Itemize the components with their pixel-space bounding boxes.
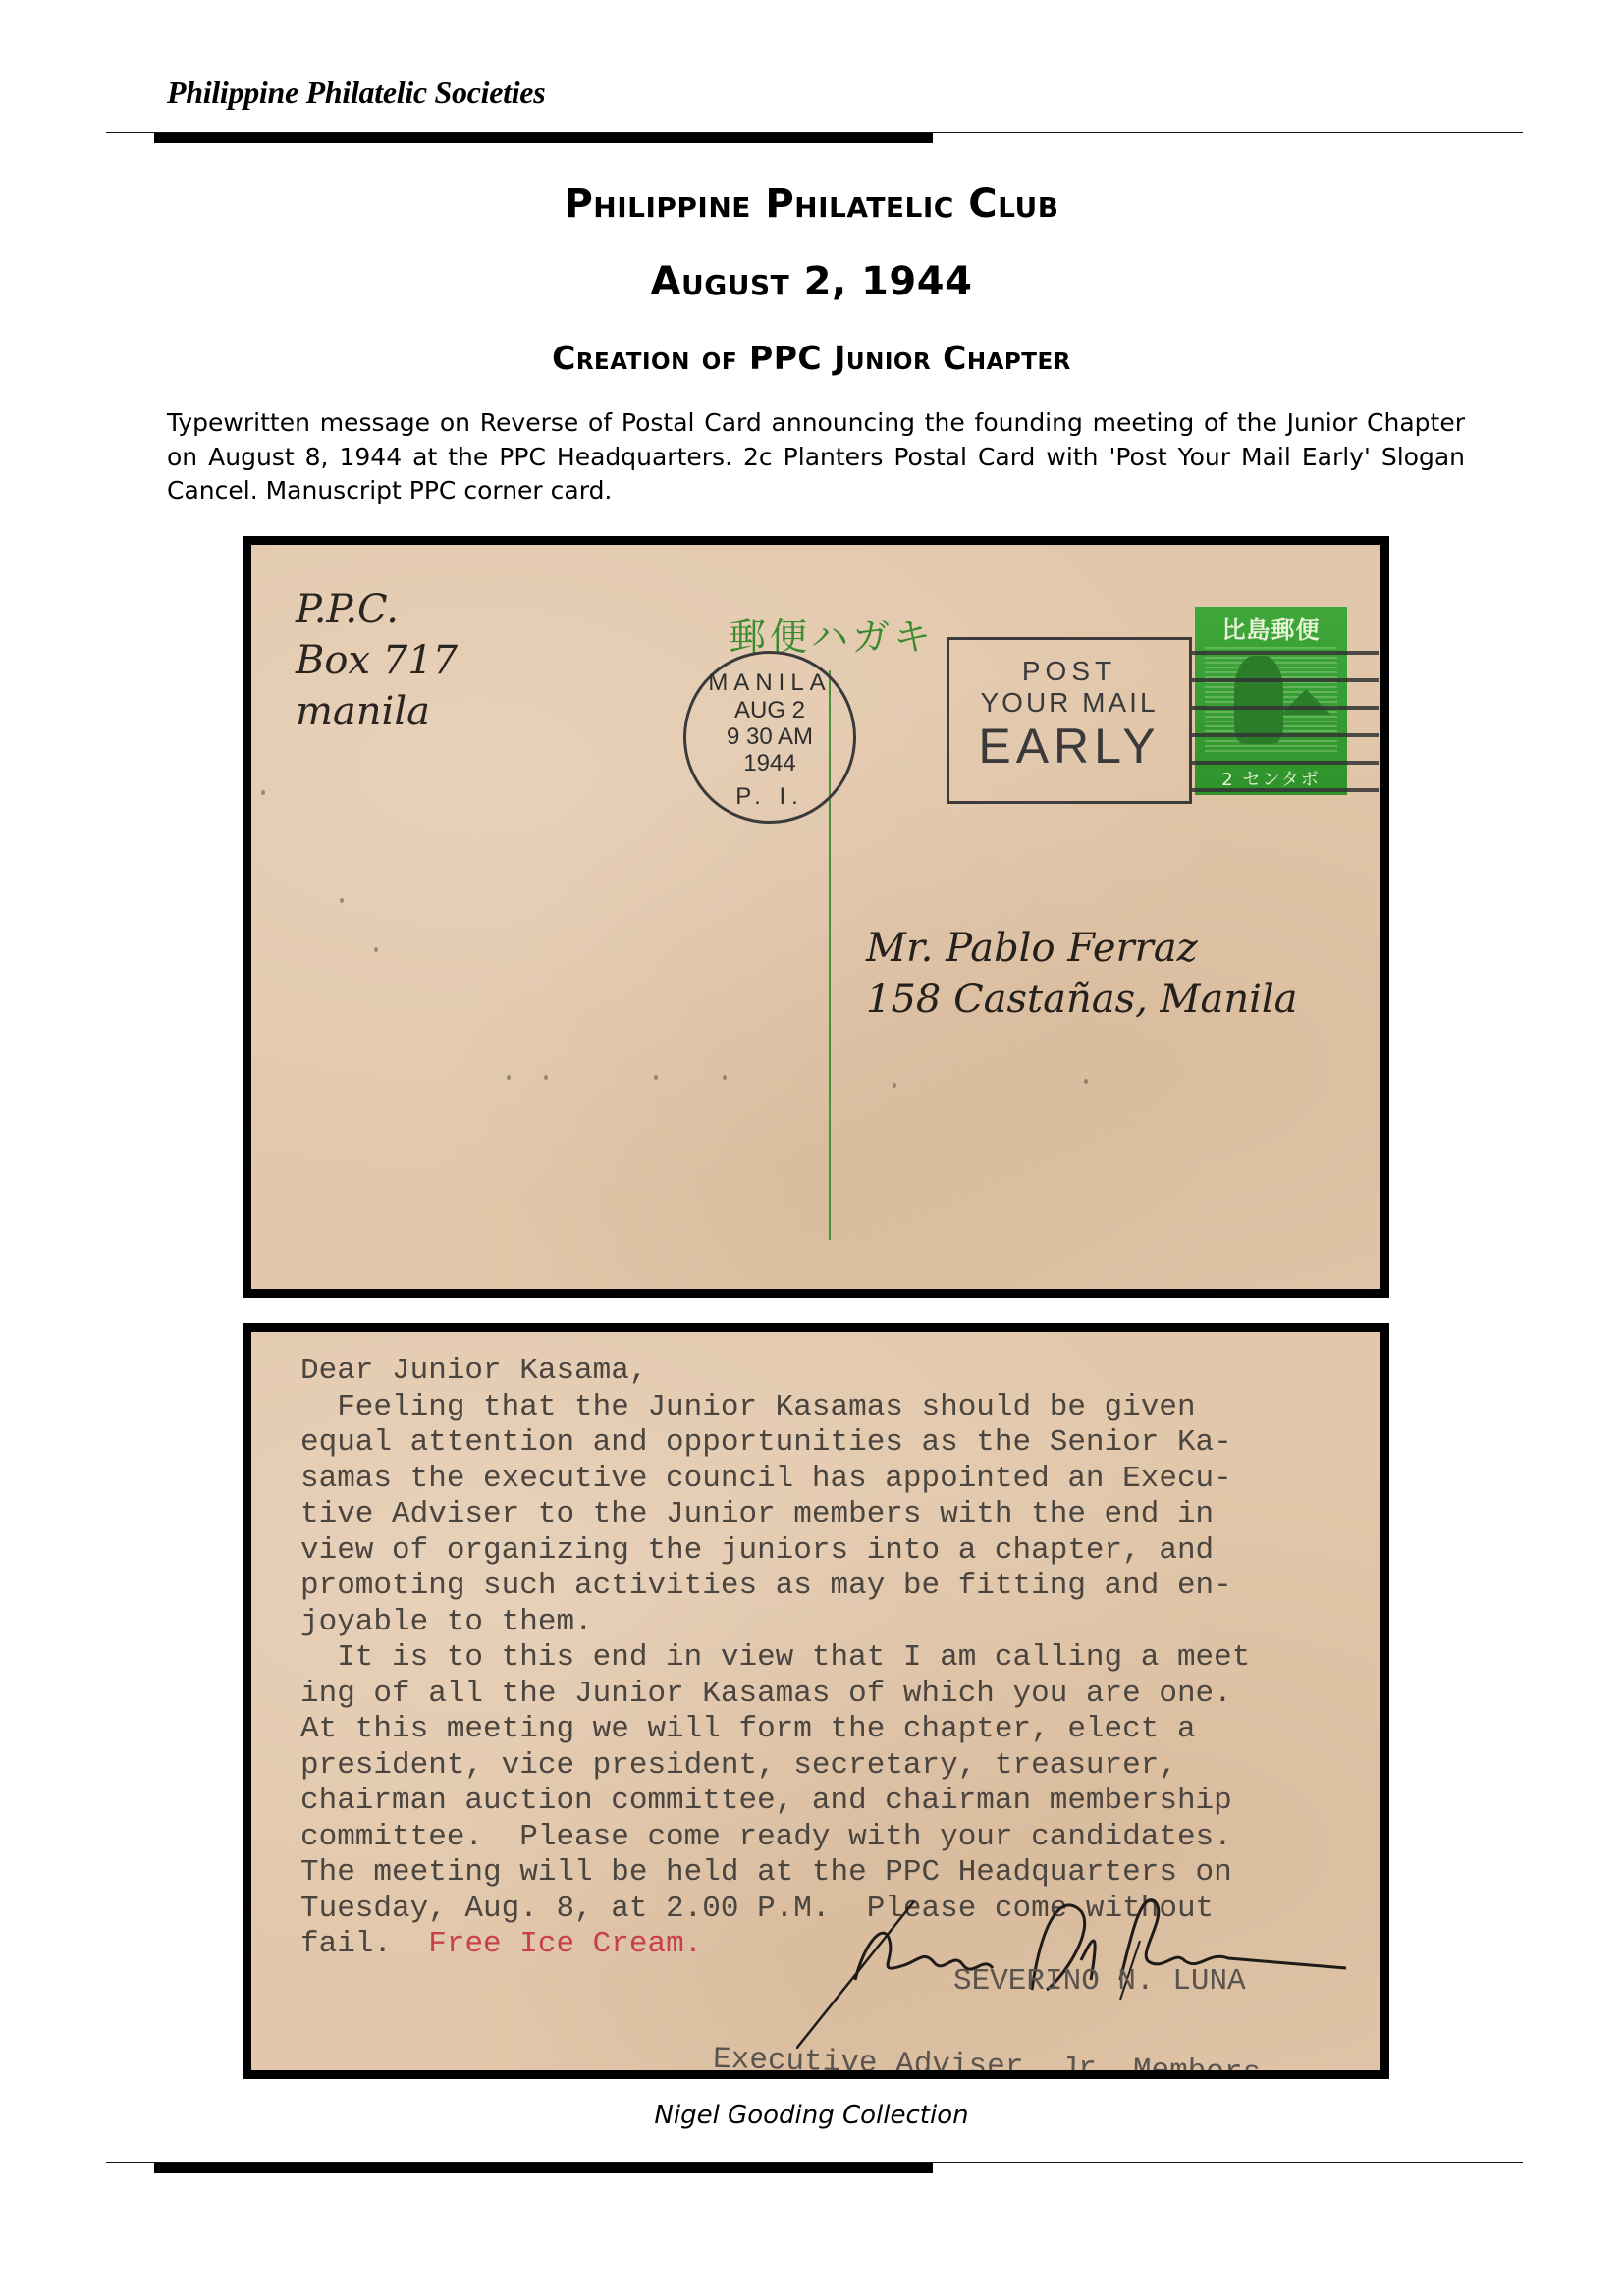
slogan-line: POST [949, 656, 1189, 687]
card-paper: P.P.C. Box 717 manila 郵便ハガキ MANILA AUG 2… [251, 545, 1380, 1289]
paper-speck [1084, 1079, 1088, 1084]
message-line: At this meeting we will form the chapter… [300, 1712, 1380, 1748]
slogan-line: EARLY [949, 719, 1189, 774]
signatory-name: SEVERINO N. LUNA [953, 1964, 1246, 1999]
manuscript-corner-card: P.P.C. Box 717 manila [296, 584, 458, 737]
message-line: fail. [300, 1927, 428, 1961]
message-line: promoting such activities as may be fitt… [300, 1569, 1380, 1605]
running-header-title: Philippine Philatelic Societies [167, 75, 545, 111]
postmark-country: P. I. [686, 783, 853, 811]
postmark-date: AUG 2 [686, 697, 853, 723]
paper-speck [544, 1075, 548, 1080]
message-line: ing of all the Junior Kasamas of which y… [300, 1677, 1380, 1713]
description-paragraph: Typewritten message on Reverse of Postal… [167, 406, 1465, 508]
postal-card-front: P.P.C. Box 717 manila 郵便ハガキ MANILA AUG 2… [243, 536, 1389, 1298]
message-line: Dear Junior Kasama, [300, 1354, 1380, 1390]
address-line: Mr. Pablo Ferraz [866, 923, 1298, 974]
paper-speck [893, 1083, 896, 1088]
message-line: chairman auction committee, and chairman… [300, 1784, 1380, 1820]
slogan-cancel: POST YOUR MAIL EARLY [947, 637, 1192, 804]
free-ice-cream-note: Free Ice Cream. [428, 1927, 702, 1961]
wavy-cancel-bars [1192, 651, 1379, 808]
paper-speck [340, 898, 344, 903]
paper-speck [507, 1075, 511, 1080]
corner-line: manila [296, 686, 458, 737]
postal-card-reverse: Dear Junior Kasama, Feeling that the Jun… [243, 1323, 1389, 2079]
message-line: samas the executive council has appointe… [300, 1462, 1380, 1498]
paper-speck [261, 790, 265, 795]
message-line: joyable to them. [300, 1605, 1380, 1641]
page-date: August 2, 1944 [0, 259, 1623, 304]
footer-rule-bar [154, 2163, 933, 2173]
paper-speck [654, 1075, 658, 1080]
message-line: president, vice president, secretary, tr… [300, 1748, 1380, 1785]
postmark-city: MANILA [686, 669, 853, 697]
message-line: committee. Please come ready with your c… [300, 1820, 1380, 1856]
recipient-address: Mr. Pablo Ferraz 158 Castañas, Manila [866, 923, 1298, 1025]
corner-line: Box 717 [296, 635, 458, 686]
corner-line: P.P.C. [296, 584, 458, 635]
typewritten-message: Dear Junior Kasama, Feeling that the Jun… [300, 1354, 1380, 1963]
message-line: It is to this end in view that I am call… [300, 1640, 1380, 1677]
page-subtitle: Creation of PPC Junior Chapter [0, 339, 1623, 377]
address-line: 158 Castañas, Manila [866, 974, 1298, 1025]
postmark-year: 1944 [686, 750, 853, 776]
page-title: Philippine Philatelic Club [0, 182, 1623, 227]
message-line: Feeling that the Junior Kasamas should b… [300, 1390, 1380, 1426]
message-line: view of organizing the juniors into a ch… [300, 1533, 1380, 1570]
postmark-time: 9 30 AM [686, 723, 853, 750]
card-paper: Dear Junior Kasama, Feeling that the Jun… [251, 1332, 1380, 2070]
message-line: equal attention and opportunities as the… [300, 1425, 1380, 1462]
collection-credit: Nigel Gooding Collection [0, 2101, 1623, 2130]
slogan-line: YOUR MAIL [949, 687, 1189, 719]
message-line: tive Adviser to the Junior members with … [300, 1497, 1380, 1533]
header-rule-bar [154, 133, 933, 143]
paper-speck [723, 1075, 727, 1080]
manila-postmark: MANILA AUG 2 9 30 AM 1944 P. I. [683, 651, 856, 824]
paper-speck [374, 947, 378, 952]
stamp-top-text: 比島郵便 [1195, 607, 1347, 645]
